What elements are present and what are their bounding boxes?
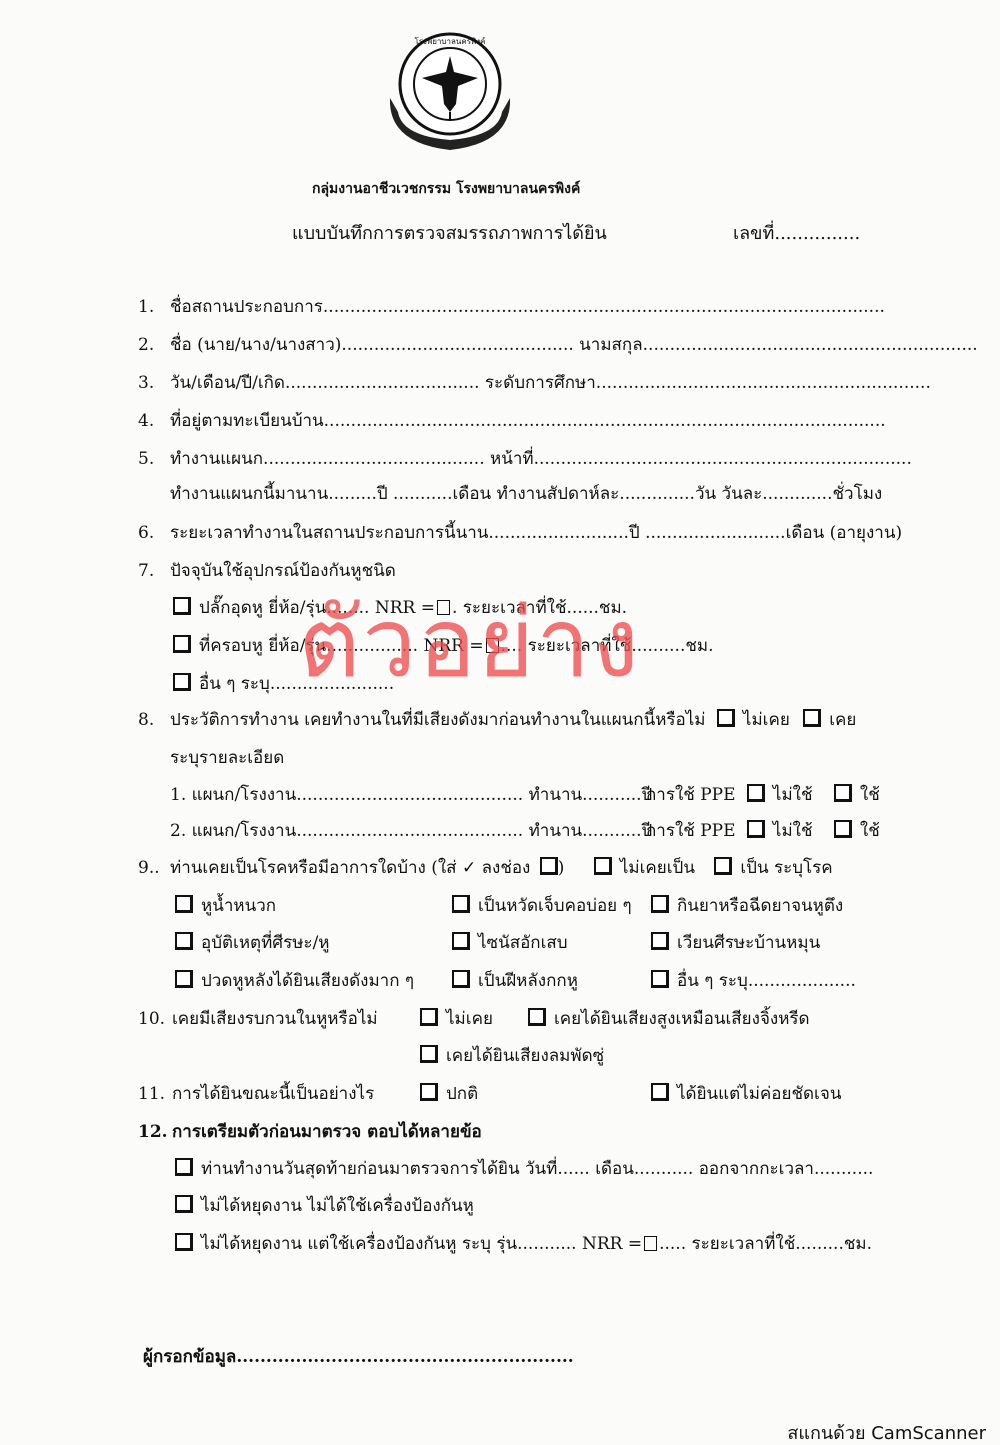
checkbox[interactable]: [173, 635, 191, 653]
text-label: กินยาหรือฉีดยาจนหูตึง: [677, 896, 843, 916]
checkbox[interactable]: [452, 932, 470, 950]
text-label: ไม่ได้หยุดงาน ไม่ได้ใช้เครื่องป้องกันหู: [201, 1196, 474, 1216]
text-label: 1.: [138, 296, 170, 318]
text-label: อุบัติเหตุที่ศีรษะ/หู: [201, 933, 330, 953]
checkbox[interactable]: [651, 970, 669, 988]
q11-option[interactable]: ได้ยินแต่ไม่ค่อยชัดเจน: [651, 1083, 841, 1105]
q10-option[interactable]: เคยได้ยินเสียงสูงเหมือนเสียงจิ้งหรีด: [528, 1008, 810, 1030]
text-label: ท่านเคยเป็นโรคหรือมีอาการใดบ้าง (ใส่ ✓ ล…: [170, 858, 530, 878]
q2-full-name[interactable]: 2.ชื่อ (นาย/นาง/นางสาว).................…: [138, 334, 978, 356]
text-label: เป็นหวัดเจ็บคอบ่อย ๆ: [478, 896, 632, 916]
checkbox[interactable]: [175, 1158, 193, 1176]
text-label: ใช้: [860, 821, 880, 841]
q12-option-with-protection[interactable]: ไม่ได้หยุดงาน แต่ใช้เครื่องป้องกันหู ระบ…: [175, 1233, 872, 1255]
text-label: ไม่ใช้: [773, 821, 813, 841]
text-label: เวียนศีรษะบ้านหมุน: [677, 933, 820, 953]
text-label: วัน/เดือน/ปี/เกิด.......................…: [170, 373, 931, 393]
q3-birthdate-education[interactable]: 3.วัน/เดือน/ปี/เกิด.....................…: [138, 372, 931, 394]
ppe-no-checkbox[interactable]: [747, 820, 765, 838]
text-label: เป็นฝีหลังกกหู: [478, 971, 578, 991]
text-label: เคยได้ยินเสียงสูงเหมือนเสียงจิ้งหรีด: [554, 1009, 810, 1029]
q8-ppe-row-2: การใช้ PPE ไม่ใช้ ใช้: [646, 820, 880, 842]
text-label: 7.: [138, 560, 170, 582]
q9-condition[interactable]: ปวดหูหลังได้ยินเสียงดังมาก ๆ: [175, 970, 414, 992]
text-label: 10.: [138, 1008, 172, 1030]
text-label: ไม่เคย: [446, 1009, 493, 1029]
text-label: ประวัติการทำงาน เคยทำงานในที่มีเสียงดังม…: [170, 710, 706, 730]
text-label: .... ระยะเวลาที่ใช้..........ชม.: [501, 636, 714, 656]
q12-option-last-workday[interactable]: ท่านทำงานวันสุดท้ายก่อนมาตรวจการได้ยิน ว…: [175, 1158, 873, 1180]
checkbox[interactable]: [420, 1083, 438, 1101]
department-name: กลุ่มงานอาชีวเวชกรรม โรงพยาบาลนครพิงค์: [312, 178, 580, 200]
checkbox[interactable]: [420, 1045, 438, 1063]
q11-option[interactable]: ปกติ: [420, 1083, 478, 1105]
text-label: 9..: [138, 857, 170, 879]
q5-department-position[interactable]: 5.ทำงานแผนก.............................…: [138, 448, 912, 470]
text-label: ท่านทำงานวันสุดท้ายก่อนมาตรวจการได้ยิน ว…: [201, 1159, 873, 1179]
text-label: 4.: [138, 410, 170, 432]
text-label: การใช้ PPE: [646, 785, 736, 805]
text-label: 12.: [138, 1121, 172, 1143]
doc-number-field[interactable]: เลขที่...............: [733, 218, 860, 247]
q9-condition[interactable]: เวียนศีรษะบ้านหมุน: [651, 932, 820, 954]
q7-option-other[interactable]: อื่น ๆ ระบุ.......................: [173, 673, 394, 695]
checkbox[interactable]: [651, 932, 669, 950]
q9-yes-checkbox[interactable]: [714, 857, 732, 875]
q9-never-checkbox[interactable]: [594, 857, 612, 875]
ppe-no-checkbox[interactable]: [747, 784, 765, 802]
checkbox[interactable]: [420, 1008, 438, 1026]
q6-total-tenure[interactable]: 6.ระยะเวลาทำงานในสถานประกอบการนี้นาน....…: [138, 522, 902, 544]
text-label: ไซนัสอักเสบ: [478, 933, 568, 953]
text-label: 11.: [138, 1083, 172, 1105]
text-label: ไม่เคย: [743, 710, 790, 730]
text-label: ปัจจุบันใช้อุปกรณ์ป้องกันหูชนิด: [170, 561, 396, 581]
q10-option[interactable]: ไม่เคย: [420, 1008, 493, 1030]
checkbox[interactable]: [528, 1008, 546, 1026]
hospital-logo: โรงพยาบาลนครพิงค์: [378, 28, 522, 158]
checkbox[interactable]: [173, 597, 191, 615]
q7-option-earplug[interactable]: ปลั๊กอุดหู ยี่ห้อ/รุ่น........ NRR =. ระ…: [173, 597, 627, 619]
checkbox[interactable]: [175, 895, 193, 913]
text-label: 2.: [138, 334, 170, 356]
q9-condition[interactable]: เป็นฝีหลังกกหู: [452, 970, 578, 992]
text-label: หูน้ำหนวก: [201, 896, 276, 916]
svg-text:โรงพยาบาลนครพิงค์: โรงพยาบาลนครพิงค์: [414, 36, 485, 46]
text-label: . ระยะเวลาที่ใช้......ชม.: [452, 598, 627, 618]
text-label: ใช้: [860, 785, 880, 805]
scanner-brand: สแกนด้วย CamScanner: [787, 1418, 986, 1445]
sample-checkbox-icon: [540, 857, 558, 875]
text-label: ไม่ใช้: [773, 785, 813, 805]
nrr-box[interactable]: [437, 600, 450, 615]
text-label: อื่น ๆ ระบุ....................: [677, 971, 856, 991]
text-label: ปลั๊กอุดหู ยี่ห้อ/รุ่น........ NRR =: [199, 598, 435, 618]
checkbox[interactable]: [452, 895, 470, 913]
q8-detail-label: ระบุรายละเอียด: [170, 747, 284, 769]
q11-heading: 11.การได้ยินขณะนี้เป็นอย่างไร: [138, 1083, 374, 1105]
form-title: แบบบันทึกการตรวจสมรรถภาพการได้ยิน: [292, 218, 607, 247]
checkbox[interactable]: [175, 1195, 193, 1213]
text-label: อื่น ๆ ระบุ.......................: [199, 674, 394, 694]
ppe-yes-checkbox[interactable]: [834, 784, 852, 802]
text-label: ..... ระยะเวลาที่ใช้.........ชม.: [659, 1234, 872, 1254]
q12-heading: 12.การเตรียมตัวก่อนมาตรวจ ตอบได้หลายข้อ: [138, 1121, 482, 1143]
text-label: ที่อยู่ตามทะเบียนบ้าน...................…: [170, 411, 886, 431]
q8-never-checkbox[interactable]: [717, 709, 735, 727]
q9-condition[interactable]: หูน้ำหนวก: [175, 895, 276, 917]
q7-heading: 7.ปัจจุบันใช้อุปกรณ์ป้องกันหูชนิด: [138, 560, 396, 582]
q9-heading: 9..ท่านเคยเป็นโรคหรือมีอาการใดบ้าง (ใส่ …: [138, 857, 833, 879]
text-label: การได้ยินขณะนี้เป็นอย่างไร: [172, 1084, 374, 1104]
text-label: ปกติ: [446, 1084, 478, 1104]
text-label: 8.: [138, 709, 170, 731]
text-label: ที่ครอบหู ยี่ห้อ/รุ่น................. N…: [199, 636, 484, 656]
checkbox[interactable]: [175, 970, 193, 988]
text-label: เป็น ระบุโรค: [740, 858, 832, 878]
checkbox[interactable]: [651, 895, 669, 913]
q9-condition[interactable]: อุบัติเหตุที่ศีรษะ/หู: [175, 932, 330, 954]
checkbox[interactable]: [651, 1083, 669, 1101]
q8-ever-checkbox[interactable]: [803, 709, 821, 727]
q7-option-earmuff[interactable]: ที่ครอบหู ยี่ห้อ/รุ่น................. N…: [173, 635, 714, 657]
q1-business-name[interactable]: 1.ชื่อสถานประกอบการ.....................…: [138, 296, 885, 318]
text-label: ชื่อ (นาย/นาง/นางสาว)...................…: [170, 335, 978, 355]
text-label: 3.: [138, 372, 170, 394]
text-label: 6.: [138, 522, 170, 544]
text-label: ไม่เคยเป็น: [620, 858, 695, 878]
text-label: การใช้ PPE: [646, 821, 736, 841]
text-label: เคย: [829, 710, 856, 730]
q9-condition[interactable]: อื่น ๆ ระบุ....................: [651, 970, 856, 992]
q4-address[interactable]: 4.ที่อยู่ตามทะเบียนบ้าน.................…: [138, 410, 886, 432]
q10-heading: 10.เคยมีเสียงรบกวนในหูหรือไม่: [138, 1008, 378, 1030]
q12-option-no-protection[interactable]: ไม่ได้หยุดงาน ไม่ได้ใช้เครื่องป้องกันหู: [175, 1195, 474, 1217]
text-label: ): [558, 858, 565, 878]
filler-signature-field[interactable]: ผู้กรอกข้อมูล...........................…: [143, 1346, 574, 1368]
q9-condition[interactable]: กินยาหรือฉีดยาจนหูตึง: [651, 895, 843, 917]
text-label: 5.: [138, 448, 170, 470]
q5-work-duration[interactable]: ทำงานแผนกนี้มานาน.........ปี ...........…: [170, 483, 882, 505]
q9-condition[interactable]: เป็นหวัดเจ็บคอบ่อย ๆ: [452, 895, 632, 917]
checkbox[interactable]: [452, 970, 470, 988]
nrr-box: [644, 1236, 657, 1251]
nrr-box[interactable]: [486, 638, 499, 653]
ppe-yes-checkbox[interactable]: [834, 820, 852, 838]
q8-work-row-1[interactable]: 1. แผนก/โรงงาน..........................…: [170, 784, 652, 806]
text-label: ปวดหูหลังได้ยินเสียงดังมาก ๆ: [201, 971, 414, 991]
q9-condition[interactable]: ไซนัสอักเสบ: [452, 932, 568, 954]
text-label: ไม่ได้หยุดงาน แต่ใช้เครื่องป้องกันหู ระบ…: [201, 1234, 642, 1254]
q10-option[interactable]: เคยได้ยินเสียงลมพัดซู่: [420, 1045, 604, 1067]
q8-ppe-row-1: การใช้ PPE ไม่ใช้ ใช้: [646, 784, 880, 806]
text-label: เคยมีเสียงรบกวนในหูหรือไม่: [172, 1009, 378, 1029]
checkbox[interactable]: [175, 1233, 193, 1251]
q8-heading: 8.ประวัติการทำงาน เคยทำงานในที่มีเสียงดั…: [138, 709, 856, 731]
checkbox[interactable]: [175, 932, 193, 950]
text-label: ระยะเวลาทำงานในสถานประกอบการนี้นาน......…: [170, 523, 902, 543]
text-label: การเตรียมตัวก่อนมาตรวจ ตอบได้หลายข้อ: [172, 1122, 482, 1142]
checkbox[interactable]: [173, 673, 191, 691]
text-label: ทำงานแผนก...............................…: [170, 449, 912, 469]
text-label: ได้ยินแต่ไม่ค่อยชัดเจน: [677, 1084, 841, 1104]
q8-work-row-2[interactable]: 2. แผนก/โรงงาน..........................…: [170, 820, 652, 842]
text-label: ชื่อสถานประกอบการ.......................…: [170, 297, 885, 317]
text-label: เคยได้ยินเสียงลมพัดซู่: [446, 1046, 604, 1066]
